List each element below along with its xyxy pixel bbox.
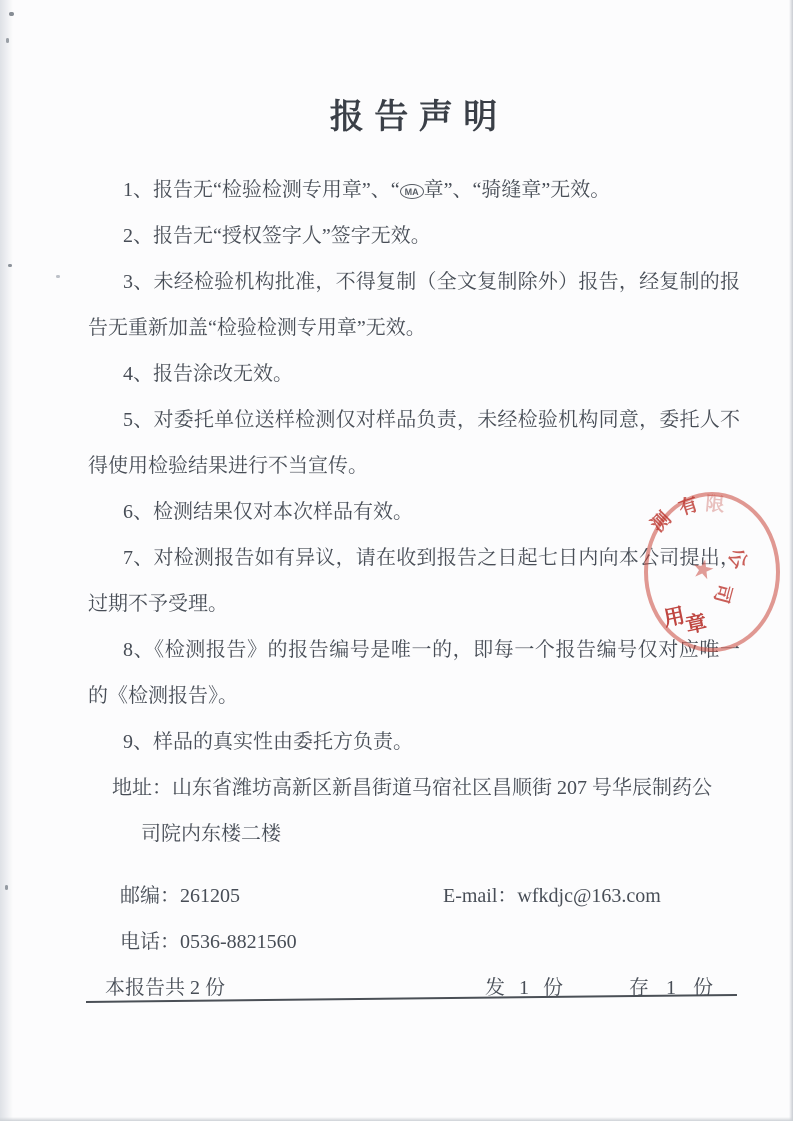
scan-edge-left: [0, 0, 13, 1121]
statement-4: 4、报告涂改无效。: [88, 351, 740, 397]
stored-copies: 存 1 份: [629, 965, 713, 1011]
statement-1-text-pre: 1、报告无“检验检测专用章”、“: [123, 179, 400, 201]
scan-speck: [56, 275, 60, 278]
statement-1-text-post: 章”、“骑缝章”无效。: [424, 179, 611, 201]
report-statement-page: 报 告 声 明 1、报告无“检验检测专用章”、“MA章”、“骑缝章”无效。 2、…: [88, 96, 740, 1011]
page-title: 报 告 声 明: [88, 96, 740, 140]
statement-5: 5、对委托单位送样检测仅对样品负责，未经检验机构同意，委托人不得使用检验结果进行…: [88, 397, 740, 489]
scan-edge-bottom: [0, 1117, 793, 1121]
scan-edge-right: [789, 0, 793, 1121]
statement-list: 1、报告无“检验检测专用章”、“MA章”、“骑缝章”无效。 2、报告无“授权签字…: [88, 167, 740, 765]
address-line-1: 地址：山东省潍坊高新区新昌街道马宿社区昌顺街 207 号华辰制药公: [112, 765, 740, 811]
phone-number: 电话：0536-8821560: [120, 919, 740, 965]
copies-footer: 本报告共 2 份 发 1 份 存 1 份: [88, 965, 740, 1011]
email-address: E-mail：wfkdjc@163.com: [443, 873, 661, 919]
statement-8: 8、《检测报告》的报告编号是唯一的，即每一个报告编号仅对应唯一的《检测报告》。: [88, 627, 740, 719]
scan-speck: [9, 12, 14, 16]
scan-speck: [5, 885, 8, 890]
statement-9: 9、样品的真实性由委托方负责。: [88, 719, 740, 765]
statement-2: 2、报告无“授权签字人”签字无效。: [88, 213, 740, 259]
scan-speck: [6, 38, 9, 43]
statement-1: 1、报告无“检验检测专用章”、“MA章”、“骑缝章”无效。: [88, 167, 740, 213]
scan-speck: [8, 264, 12, 267]
cma-mark-icon: MA: [400, 184, 424, 199]
statement-3: 3、未经检验机构批准，不得复制（全文复制除外）报告，经复制的报告无重新加盖“检验…: [88, 259, 740, 351]
statement-6: 6、检测结果仅对本次样品有效。: [88, 489, 740, 535]
total-copies: 本报告共 2 份: [105, 965, 225, 1011]
address-line-2: 司院内东楼二楼: [141, 811, 740, 857]
contact-block: 邮编：261205 E-mail：wfkdjc@163.com 电话：0536-…: [88, 873, 740, 965]
statement-7: 7、对检测报告如有异议，请在收到报告之日起七日内向本公司提出，过期不予受理。: [88, 535, 740, 627]
issued-copies: 发 1 份: [485, 965, 563, 1011]
address-block: 地址：山东省潍坊高新区新昌街道马宿社区昌顺街 207 号华辰制药公 司院内东楼二…: [88, 765, 740, 857]
